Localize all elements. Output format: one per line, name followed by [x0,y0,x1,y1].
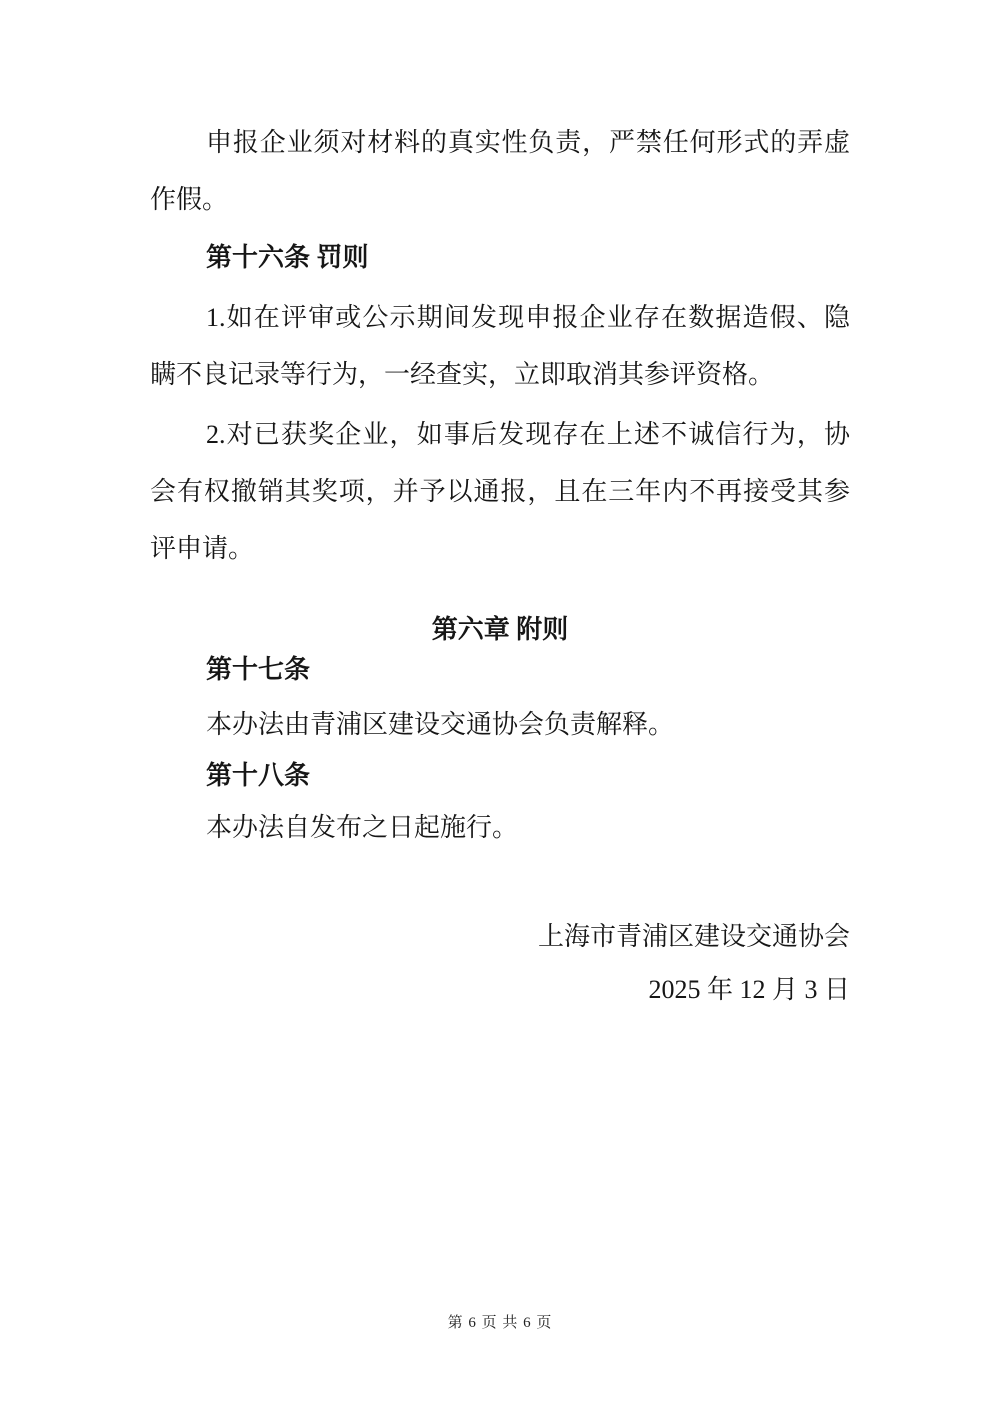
text-line: 会有权撤销其奖项，并予以通报，且在三年内不再接受其参 [150,463,850,520]
text-line: 1.如在评审或公示期间发现申报企业存在数据造假、隐 [150,289,850,346]
paragraph: 申报企业须对材料的真实性负责，严禁任何形式的弄虚作假。 [150,114,850,228]
text-line: 第十六条 罚则 [150,229,850,286]
page-footer: 第 6 页 共 6 页 [0,1312,1000,1334]
text-line: 第十七条 [150,648,850,692]
text-line: 瞒不良记录等行为，一经查实，立即取消其参评资格。 [150,346,850,403]
text-line: 2025 年 12 月 3 日 [150,964,850,1015]
text-line: 第十八条 [150,750,850,801]
text-line: 评申请。 [150,520,850,577]
signature-line: 2025 年 12 月 3 日 [150,964,850,1015]
section-heading: 第十六条 罚则 [150,229,850,286]
text-line: 第六章 附则 [150,608,850,652]
text-line: 本办法自发布之日起施行。 [150,802,850,853]
chapter-heading: 第六章 附则 [150,608,850,652]
document-page: 申报企业须对材料的真实性负责，严禁任何形式的弄虚作假。第十六条 罚则1.如在评审… [0,0,1000,1413]
page-number-text: 第 6 页 共 6 页 [448,1315,553,1331]
text-line: 本办法由青浦区建设交通协会负责解释。 [150,699,850,750]
text-line: 申报企业须对材料的真实性负责，严禁任何形式的弄虚 [150,114,850,171]
paragraph: 本办法自发布之日起施行。 [150,802,850,853]
section-heading: 第十七条 [150,648,850,692]
paragraph: 本办法由青浦区建设交通协会负责解释。 [150,699,850,750]
text-line: 作假。 [150,171,850,228]
text-line: 2.对已获奖企业，如事后发现存在上述不诚信行为，协 [150,406,850,463]
signature-line: 上海市青浦区建设交通协会 [150,911,850,962]
paragraph: 1.如在评审或公示期间发现申报企业存在数据造假、隐瞒不良记录等行为，一经查实，立… [150,289,850,403]
text-line: 上海市青浦区建设交通协会 [150,911,850,962]
document-body: 申报企业须对材料的真实性负责，严禁任何形式的弄虚作假。第十六条 罚则1.如在评审… [150,0,850,1015]
paragraph: 2.对已获奖企业，如事后发现存在上述不诚信行为，协会有权撤销其奖项，并予以通报，… [150,406,850,577]
section-heading: 第十八条 [150,750,850,801]
